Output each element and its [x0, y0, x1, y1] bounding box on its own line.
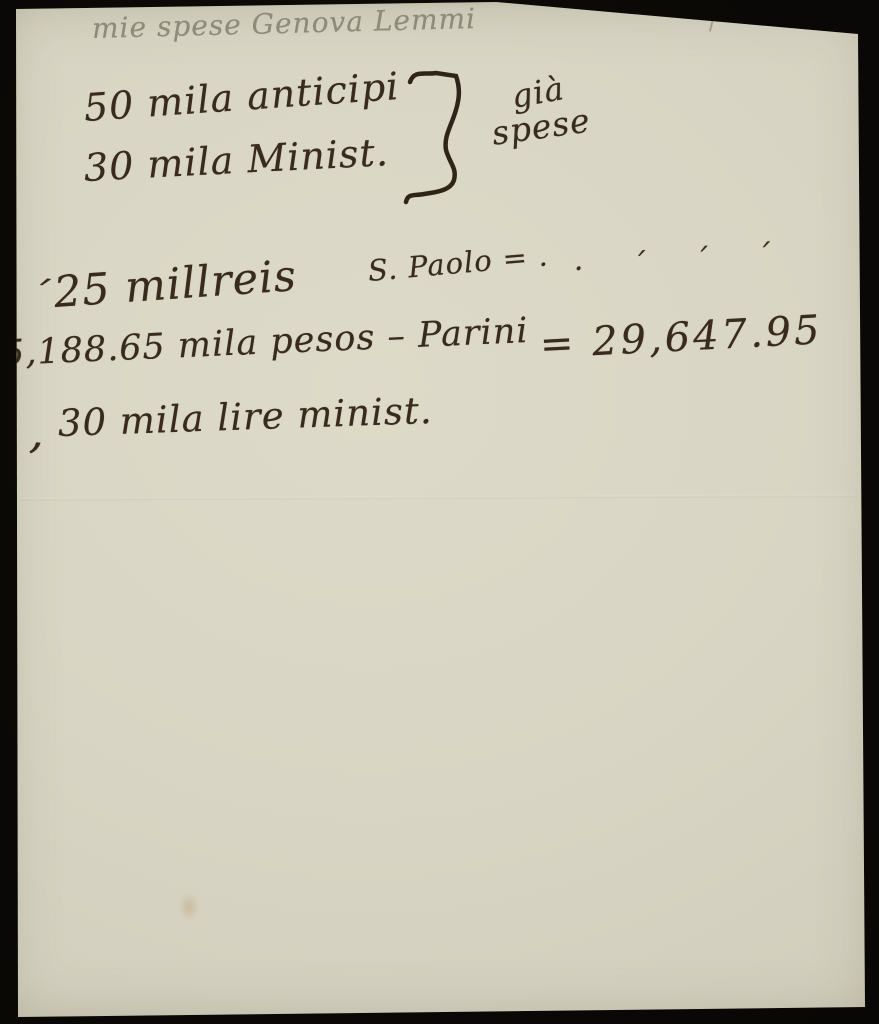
- amount-line-minist: 30 mila Minist.: [83, 130, 390, 190]
- pencil-corner-stroke: [709, 6, 717, 32]
- photo-background: mie spese Genova Lemmi v 50 mila anticip…: [0, 0, 879, 1024]
- place-sao-paulo: S. Paolo = .: [367, 238, 550, 288]
- pesos-total: = 29,647.95: [539, 307, 824, 368]
- tick-millreis: ´: [25, 272, 52, 320]
- tick-lire: ,: [28, 404, 47, 459]
- manuscript-page: mie spese Genova Lemmi v 50 mila anticip…: [0, 0, 879, 1024]
- paper-crease: [20, 494, 855, 501]
- pencil-corner-mark: v: [655, 1, 668, 22]
- trailing-tick-marks: · ´ ´ ´: [573, 238, 774, 287]
- amount-line-pesos: 5,188.65 mila pesos – Parini: [1, 311, 529, 374]
- amount-line-anticipi: 50 mila anticipi: [82, 64, 400, 130]
- paper-stain: [178, 892, 200, 922]
- amount-line-millreis: 25 millreis: [52, 251, 298, 318]
- amount-line-lire: 30 mila lire minist.: [57, 389, 433, 445]
- pencil-heading: mie spese Genova Lemmi: [92, 2, 477, 45]
